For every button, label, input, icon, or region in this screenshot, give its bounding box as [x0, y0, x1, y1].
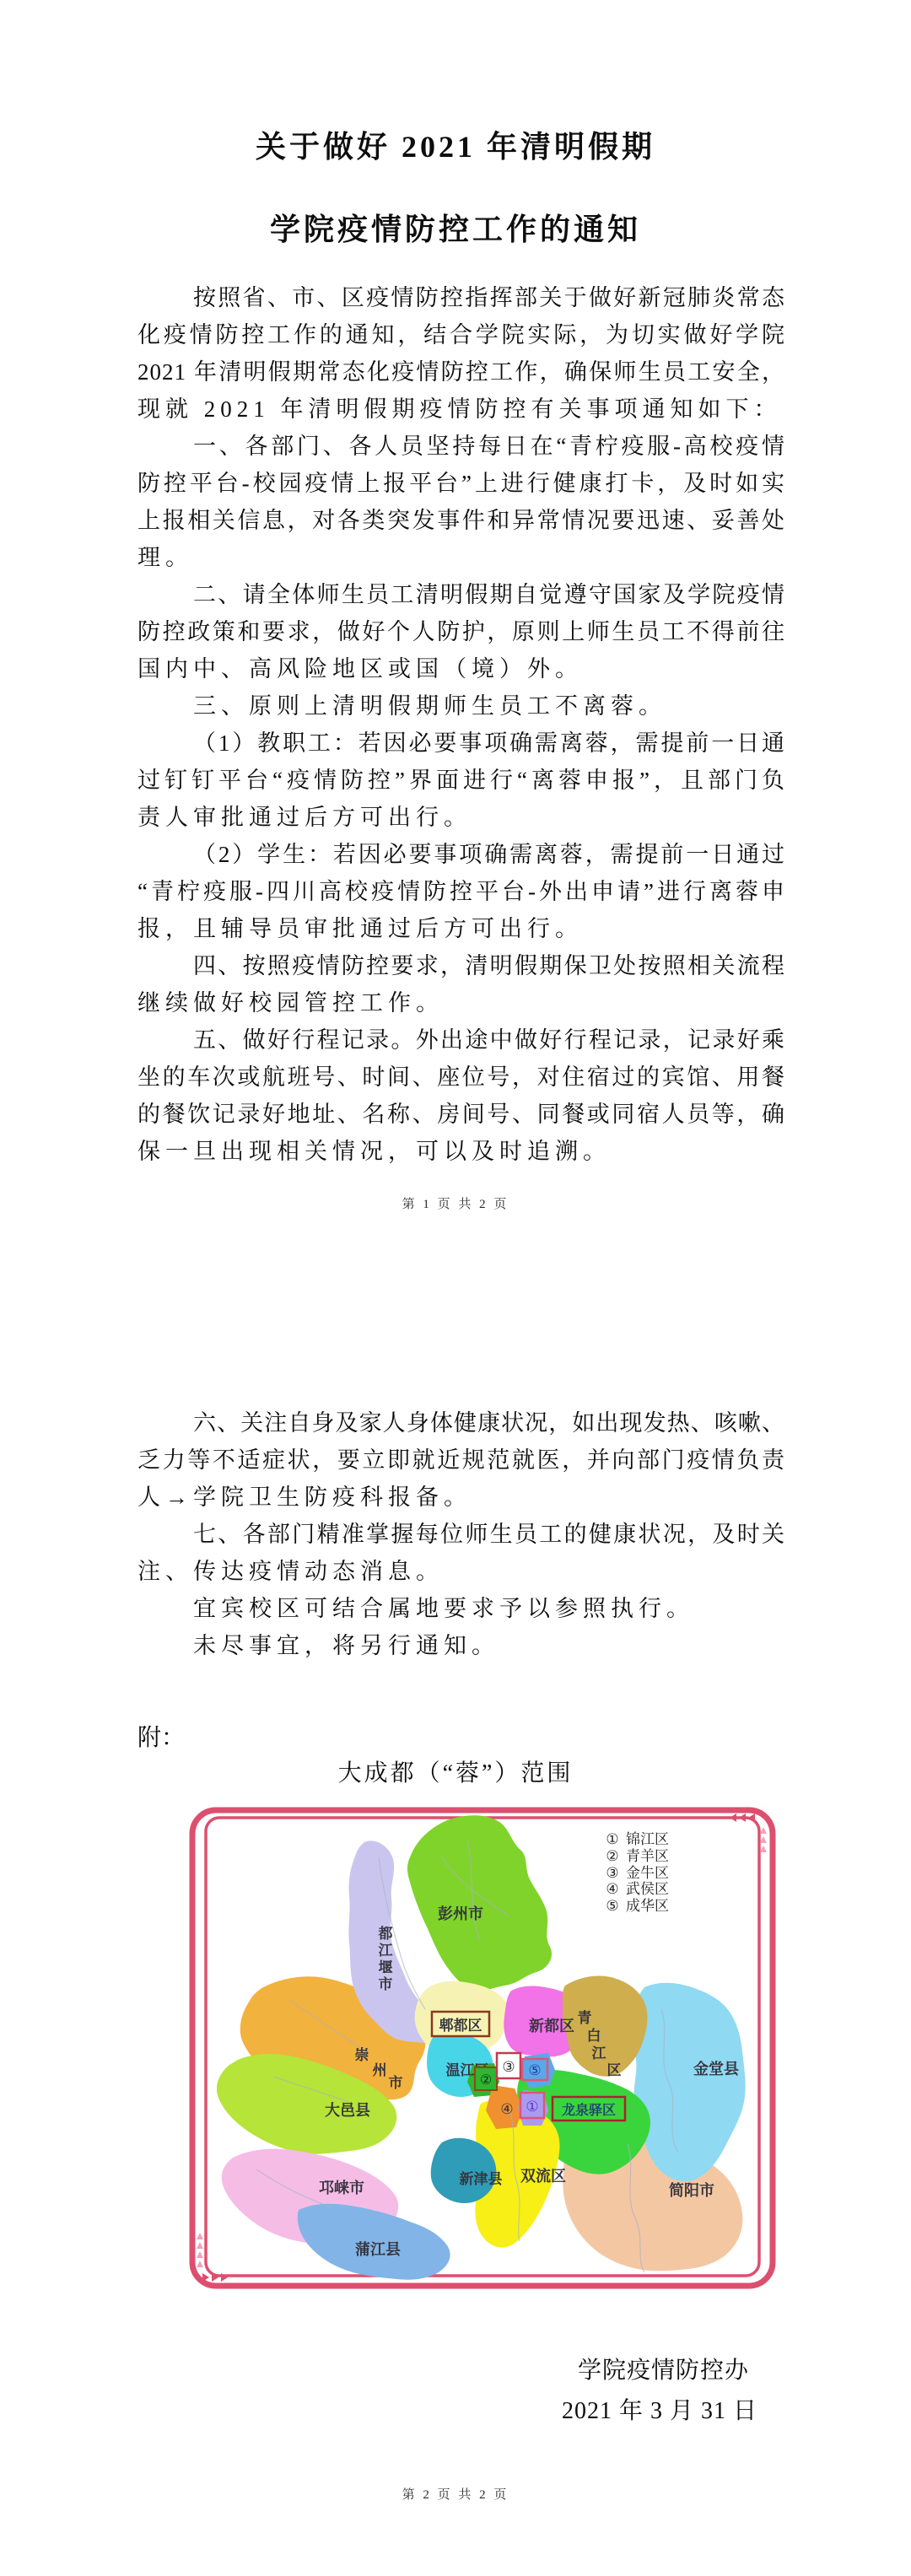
legend-name: 武侯区 [626, 1881, 669, 1897]
label-chongzhou-char: 市 [389, 2074, 403, 2091]
label-dujiangyan-char: 江 [379, 1943, 394, 1959]
label-qionglai: 邛崃市 [319, 2179, 364, 2196]
label-chongzhou-char: 崇 [355, 2046, 369, 2063]
legend-name: 青羊区 [626, 1848, 669, 1864]
body-line: 六、关注自身及家人身体健康状况，如出现发热、咳嗽、 [137, 1404, 785, 1442]
body-line: （2）学生：若因必要事项确需离蓉，需提前一日通过 [137, 836, 785, 873]
body-line: 五、做好行程记录。外出途中做好行程记录，记录好乘 [137, 1021, 785, 1059]
label-dujiangyan-char: 都 [378, 1926, 393, 1942]
label-qingbaijiang-char: 青 [578, 2009, 592, 2026]
document-title-line-2: 学院疫情防控工作的通知 [0, 206, 911, 249]
map-caption: 大成都（“蓉”）范围 [0, 1754, 911, 1788]
legend-name: 金牛区 [626, 1865, 669, 1881]
body-line: 的餐饮记录好地址、名称、房间号、同餐或同宿人员等，确 [137, 1096, 785, 1133]
page1-body: 按照省、市、区疫情防控指挥部关于做好新冠肺炎常态化疫情防控工作的通知，结合学院实… [137, 279, 785, 1170]
boxed-label-pidu: 郫都区 [432, 2012, 489, 2036]
body-line: 化疫情防控工作的通知，结合学院实际，为切实做好学院 [137, 316, 785, 353]
body-line: 一、各部门、各人员坚持每日在“青柠疫服-高校疫情 [137, 428, 785, 465]
body-line: 坐的车次或航班号、时间、座位号，对住宿过的宾馆、用餐 [137, 1059, 785, 1096]
boxed-label-longquanyi: 龙泉驿区 [553, 2097, 625, 2121]
body-line: 国内中、高风险地区或国（境）外。 [137, 650, 785, 687]
body-line: 人→学院卫生防疫科报备。 [137, 1479, 785, 1516]
body-line: 责人审批通过后方可出行。 [137, 799, 785, 836]
region-pengzhou [407, 1815, 552, 1991]
label-dujiangyan-char: 堰 [379, 1959, 393, 1975]
body-line: 三、原则上清明假期师生员工不离蓉。 [137, 687, 785, 725]
body-line: 七、各部门精准掌握每位师生员工的健康状况，及时关 [137, 1516, 785, 1553]
body-line: 四、按照疫情防控要求，清明假期保卫处按照相关流程 [137, 947, 785, 984]
label-pidu: 郫都区 [439, 2017, 482, 2034]
marker-1: ① [526, 2099, 538, 2115]
body-line: 理。 [137, 539, 785, 576]
label-dayi: 大邑县 [325, 2101, 370, 2119]
label-xinjin: 新津县 [460, 2170, 503, 2187]
label-qingbaijiang-char: 江 [592, 2045, 607, 2061]
body-line: 过钉钉平台“疫情防控”界面进行“离蓉申报”，且部门负 [137, 762, 785, 799]
body-line: 现就 2021 年清明假期疫情防控有关事项通知如下： [137, 391, 785, 428]
body-line: 保一旦出现相关情况，可以及时追溯。 [137, 1133, 785, 1170]
label-jintang: 金堂县 [693, 2060, 739, 2078]
body-line: 2021 年清明假期常态化疫情防控工作，确保师生员工安全， [137, 353, 785, 391]
page2-body: 六、关注自身及家人身体健康状况，如出现发热、咳嗽、乏力等不适症状，要立即就近规范… [137, 1404, 785, 1664]
label-chongzhou-char: 州 [373, 2062, 387, 2078]
body-line: 上报相关信息，对各类突发事件和异常情况要迅速、妥善处 [137, 502, 785, 539]
label-qingbaijiang-char: 白 [587, 2027, 601, 2044]
body-line: 注、传达疫情动态消息。 [137, 1553, 785, 1590]
legend-name: 成华区 [626, 1898, 669, 1914]
chengdu-map: ① 锦江区 ② 青羊区 ③ 金牛区 ④ 武侯区 ⑤ 成华区 彭州市 都 江 堰 … [189, 1807, 776, 2289]
body-line: 宜宾校区可结合属地要求予以参照执行。 [137, 1590, 785, 1627]
attachment-label: 附： [137, 1719, 185, 1753]
label-qingbaijiang-char: 区 [607, 2062, 622, 2078]
marker-2: ② [480, 2073, 492, 2088]
page2-footer: 第 2 页 共 2 页 [0, 2485, 911, 2503]
notice-document: 关于做好 2021 年清明假期 学院疫情防控工作的通知 按照省、市、区疫情防控指… [0, 0, 911, 2576]
legend-num: ② [606, 1848, 618, 1864]
document-title-line-1: 关于做好 2021 年清明假期 [0, 123, 911, 166]
body-line: “青柠疫服-四川高校疫情防控平台-外出申请”进行离蓉申 [137, 873, 785, 910]
label-shuangliu: 双流区 [520, 2167, 566, 2185]
marker-3: ③ [502, 2059, 515, 2075]
body-line: （1）教职工：若因必要事项确需离蓉，需提前一日通 [137, 725, 785, 762]
body-line: 防控政策和要求，做好个人防护，原则上师生员工不得前往 [137, 613, 785, 650]
page1-footer: 第 1 页 共 2 页 [0, 1194, 911, 1212]
body-line: 继续做好校园管控工作。 [137, 984, 785, 1021]
chengdu-map-svg: ① 锦江区 ② 青羊区 ③ 金牛区 ④ 武侯区 ⑤ 成华区 彭州市 都 江 堰 … [189, 1807, 776, 2289]
legend-num: ⑤ [606, 1898, 618, 1914]
legend-name: 锦江区 [626, 1831, 669, 1847]
label-jianyang: 简阳市 [669, 2181, 714, 2199]
label-dujiangyan-char: 市 [379, 1975, 393, 1992]
body-line: 乏力等不适症状，要立即就近规范就医，并向部门疫情负责 [137, 1442, 785, 1479]
label-pengzhou: 彭州市 [438, 1905, 483, 1922]
body-line: 报，且辅导员审批通过后方可出行。 [137, 910, 785, 947]
body-line: 防控平台-校园疫情上报平台”上进行健康打卡，及时如实 [137, 465, 785, 502]
signature: 学院疫情防控办 [0, 2352, 749, 2385]
body-line: 未尽事宜，将另行通知。 [137, 1627, 785, 1664]
label-longquanyi: 龙泉驿区 [562, 2102, 616, 2118]
legend-num: ① [606, 1831, 618, 1847]
label-xindu: 新都区 [529, 2017, 574, 2034]
legend-num: ④ [606, 1881, 618, 1897]
body-line: 按照省、市、区疫情防控指挥部关于做好新冠肺炎常态 [137, 279, 785, 316]
body-line: 二、请全体师生员工清明假期自觉遵守国家及学院疫情 [137, 576, 785, 613]
signature-date: 2021 年 3 月 31 日 [0, 2392, 757, 2426]
legend-num: ③ [606, 1865, 618, 1881]
marker-4: ④ [500, 2101, 513, 2117]
marker-5: ⑤ [528, 2062, 541, 2078]
map-legend: ① 锦江区 ② 青羊区 ③ 金牛区 ④ 武侯区 ⑤ 成华区 [606, 1831, 669, 1914]
label-pujiang: 蒲江县 [355, 2240, 401, 2258]
